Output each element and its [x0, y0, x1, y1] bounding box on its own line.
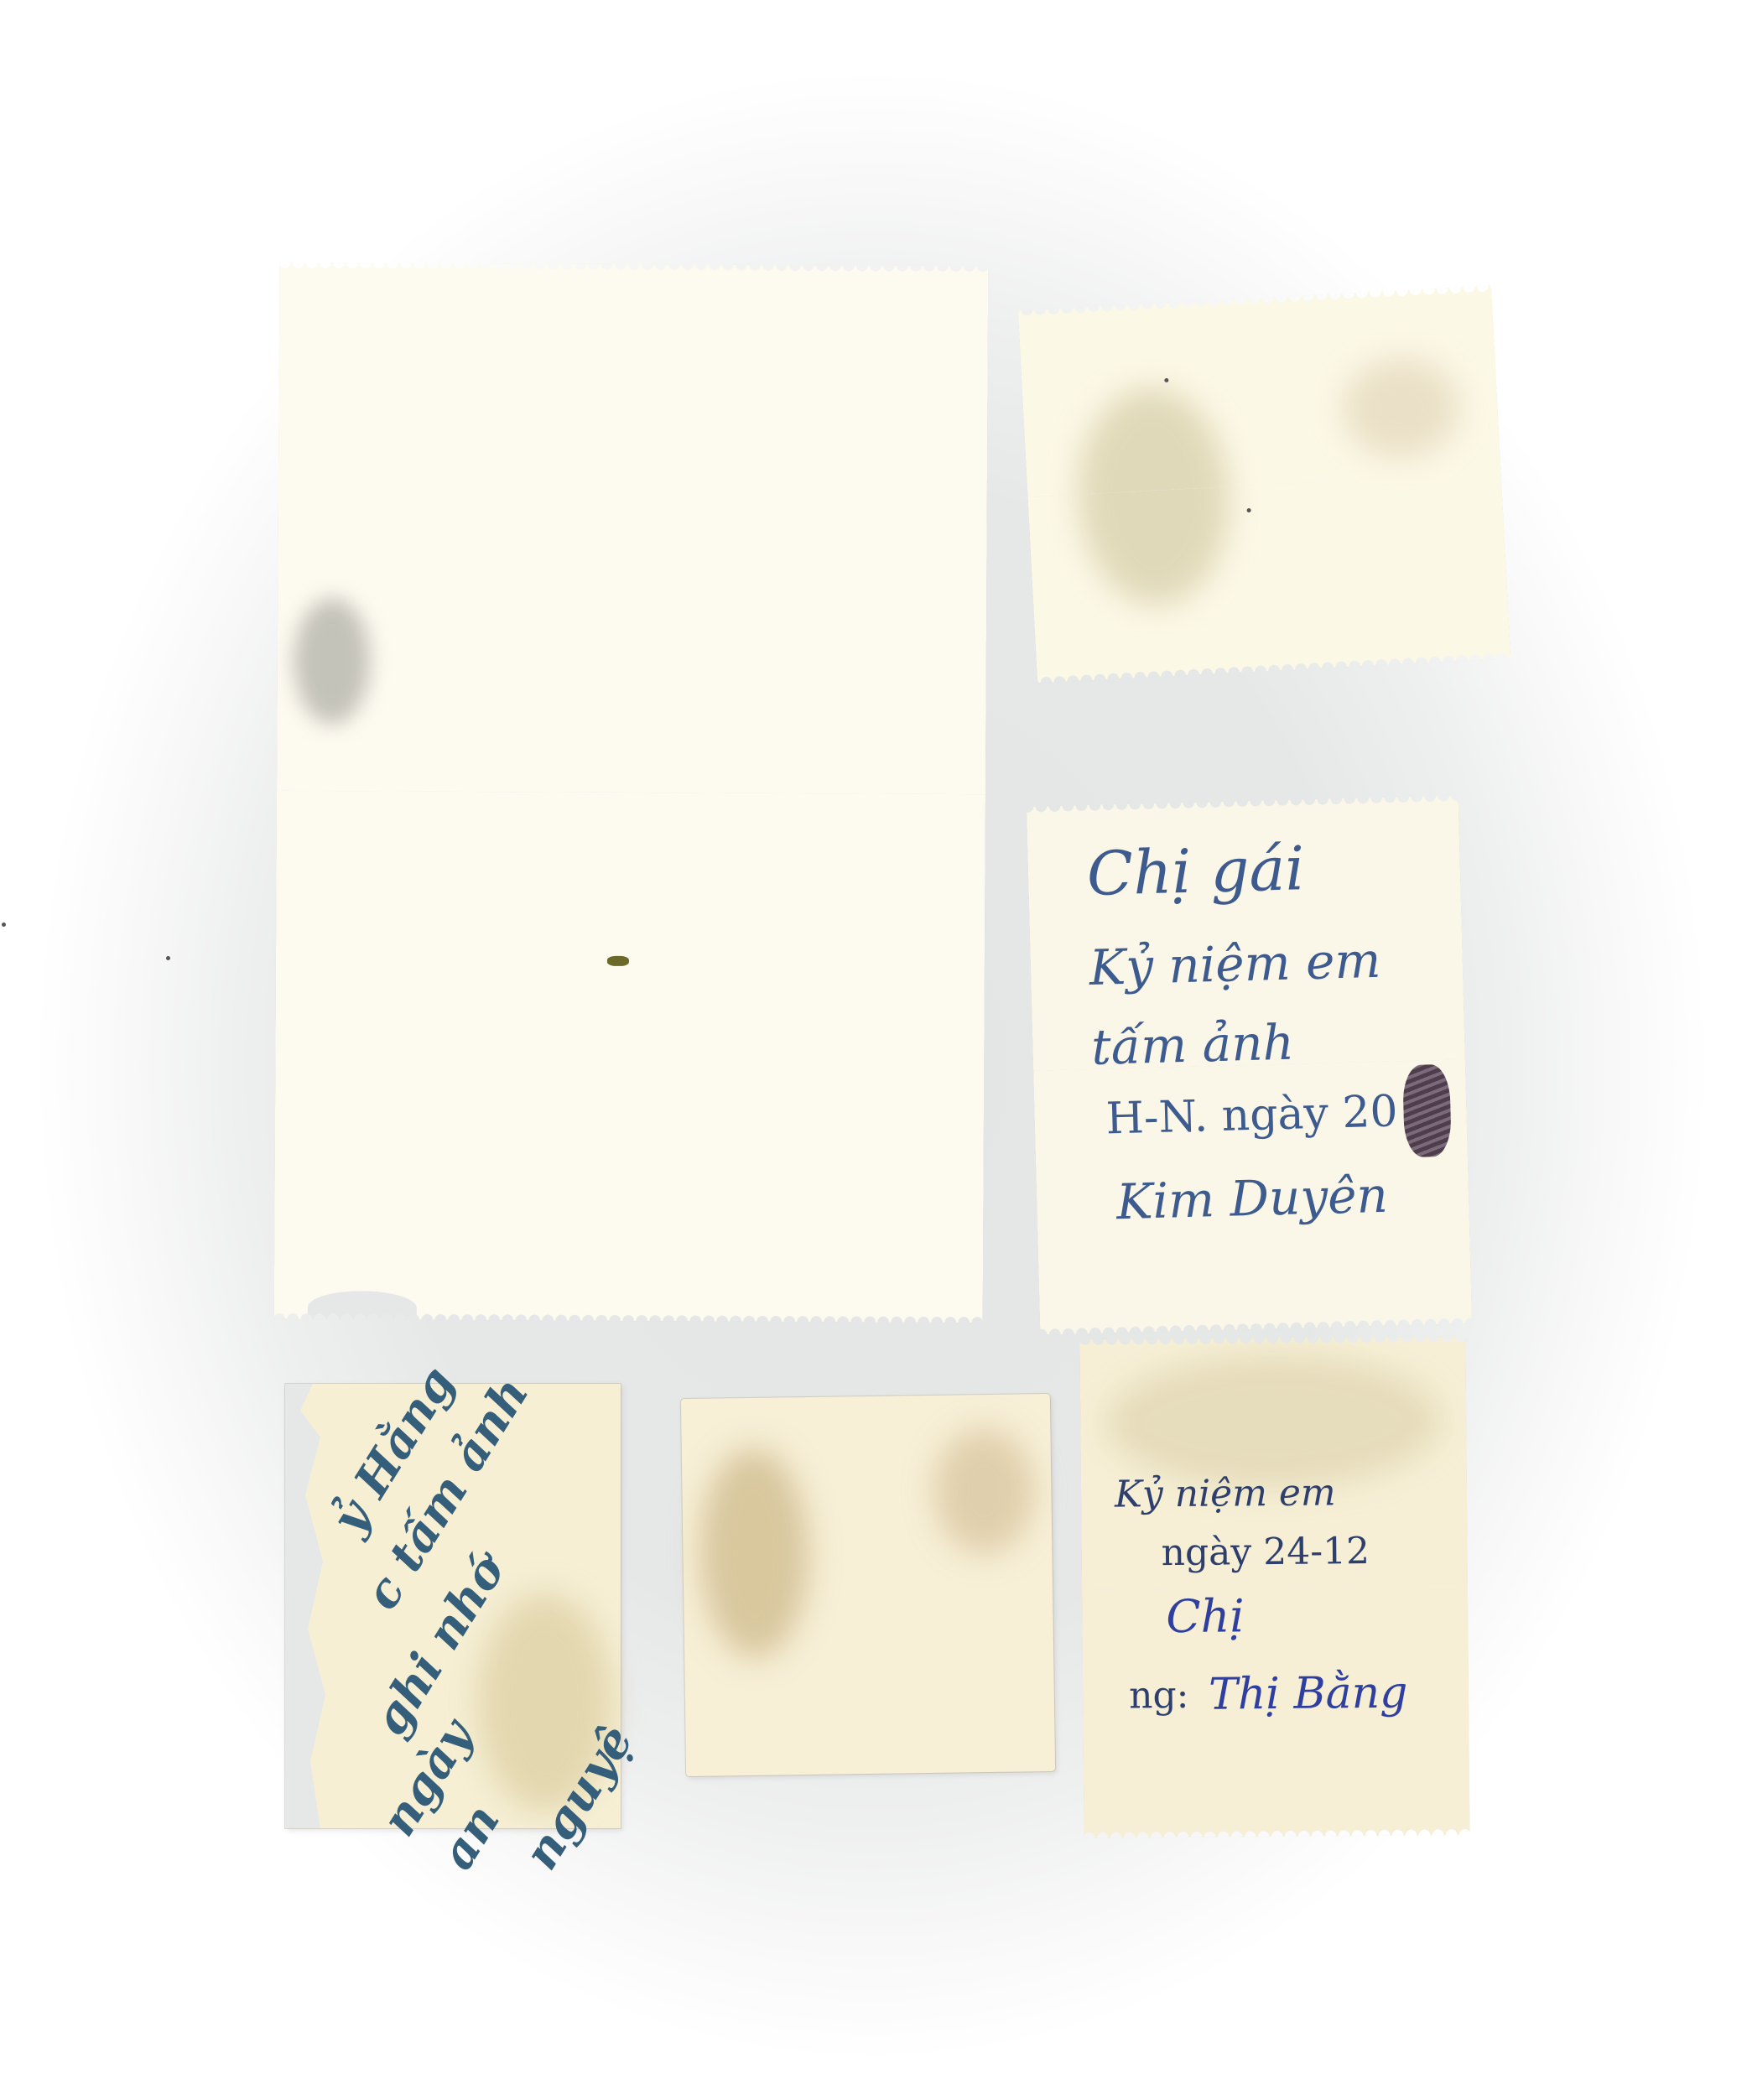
- dust-spot: [166, 956, 170, 960]
- grey-stain: [294, 598, 370, 724]
- handwriting-line: Kỷ niệm em: [1115, 1471, 1336, 1515]
- photo-chi-gai-note: Chị gái Kỷ niệm em tấm ảnh H-N. ngày 20 …: [1027, 795, 1472, 1334]
- handwriting-line: ng:: [1129, 1674, 1189, 1718]
- torn-edge: [285, 1384, 335, 1828]
- handwriting-line: Kỷ niệm em: [1089, 932, 1381, 996]
- photo-large-blank: [274, 262, 989, 1323]
- spot: [1164, 378, 1168, 382]
- stain: [1339, 355, 1462, 461]
- debris-speck: [607, 956, 629, 966]
- handwriting-line: ngày 24-12: [1161, 1530, 1370, 1574]
- photo-torn-diagonal-note: ỷ Hằng c tấm ảnh ghi nhớ ngày an nguyệ: [285, 1384, 621, 1828]
- handwriting-line: H-N. ngày 20: [1105, 1086, 1398, 1144]
- spot: [1246, 508, 1250, 512]
- photo-square-blank: [681, 1394, 1055, 1776]
- handwriting-line: Chị gái: [1086, 833, 1306, 909]
- stain: [699, 1448, 810, 1659]
- handwriting-line: tấm ảnh: [1090, 1014, 1294, 1076]
- scribbled-out-ink: [1402, 1064, 1452, 1157]
- handwriting-line: Thị Bằng: [1209, 1668, 1408, 1720]
- stain: [1105, 1353, 1442, 1489]
- handwriting-line: Chị: [1166, 1589, 1245, 1643]
- stain: [1073, 383, 1235, 609]
- photo-ky-niem-note: Kỷ niệm em ngày 24-12 Chị ng: Thị Bằng: [1079, 1336, 1469, 1838]
- photo-small-landscape-blank: [1018, 286, 1511, 684]
- dust-spot: [2, 923, 6, 927]
- stain: [933, 1427, 1035, 1555]
- handwriting-line: Kim Duyên: [1115, 1167, 1388, 1230]
